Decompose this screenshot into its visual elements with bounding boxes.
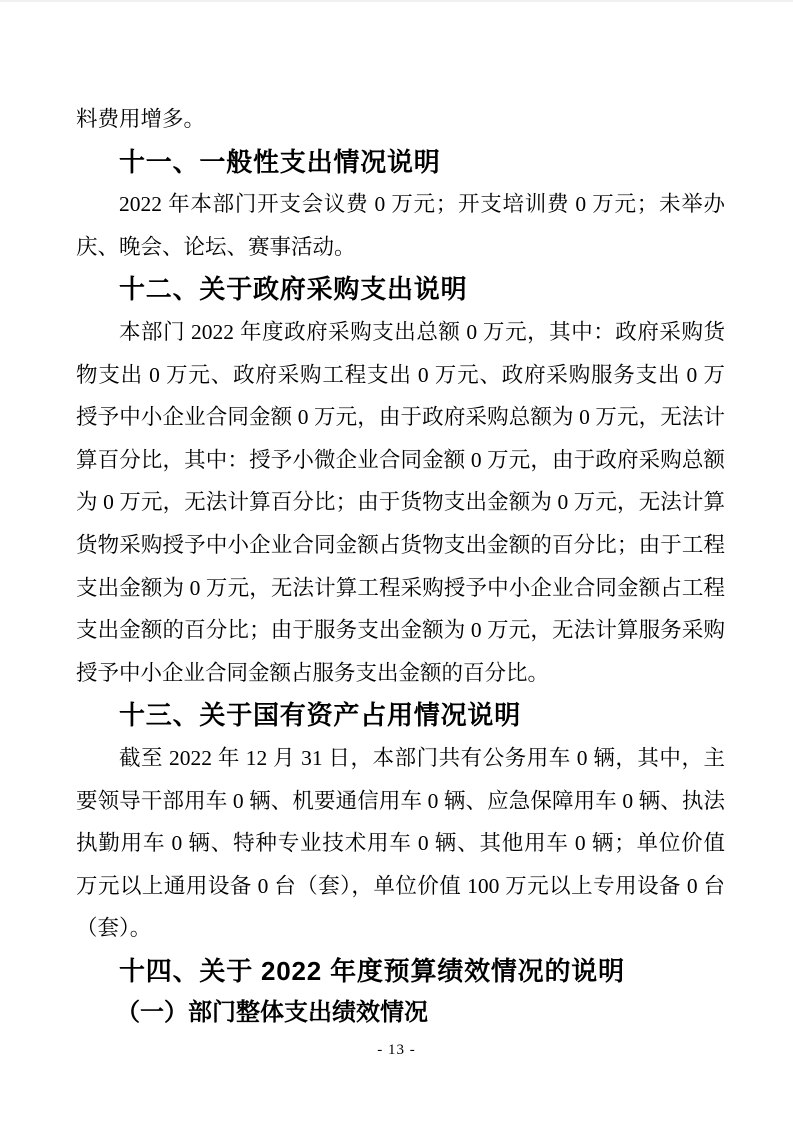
- heading-section-11: 十一、一般性支出情况说明: [76, 141, 725, 184]
- heading-section-12: 十二、关于政府采购支出说明: [76, 268, 725, 311]
- paragraph-line: 支出金额的百分比；由于服务支出金额为 0 万元，无法计算服务采购: [76, 609, 725, 652]
- paragraph-line: 支出金额为 0 万元，无法计算工程采购授予中小企业合同金额占工程: [76, 567, 725, 610]
- paragraph-line: 万元以上通用设备 0 台（套），单位价值 100 万元以上专用设备 0 台: [76, 865, 725, 908]
- paragraph-line: 授予中小企业合同金额 0 万元，由于政府采购总额为 0 万元，无法计: [76, 396, 725, 439]
- paragraph-line: 为 0 万元，无法计算百分比；由于货物支出金额为 0 万元，无法计算: [76, 481, 725, 524]
- paragraph-line: 2022 年本部门开支会议费 0 万元；开支培训费 0 万元；未举办节: [76, 183, 725, 226]
- paragraph-line: 物支出 0 万元、政府采购工程支出 0 万元、政府采购服务支出 0 万元。: [76, 354, 725, 397]
- page-number: - 13 -: [0, 1041, 793, 1059]
- paragraph-line: 算百分比，其中：授予小微企业合同金额 0 万元，由于政府采购总额: [76, 439, 725, 482]
- heading-section-14: 十四、关于 2022 年度预算绩效情况的说明: [76, 950, 725, 993]
- document-body: 料费用增多。 十一、一般性支出情况说明 2022 年本部门开支会议费 0 万元；…: [76, 98, 725, 1035]
- paragraph-line: （套）。: [76, 907, 725, 950]
- paragraph-line: 执勤用车 0 辆、特种专业技术用车 0 辆、其他用车 0 辆；单位价值 50: [76, 822, 725, 865]
- paragraph-line: 要领导干部用车 0 辆、机要通信用车 0 辆、应急保障用车 0 辆、执法: [76, 780, 725, 823]
- paragraph-line: 料费用增多。: [76, 98, 725, 141]
- paragraph-line: 庆、晚会、论坛、赛事活动。: [76, 226, 725, 269]
- heading-section-13: 十三、关于国有资产占用情况说明: [76, 694, 725, 737]
- paragraph-line: 本部门 2022 年度政府采购支出总额 0 万元，其中：政府采购货: [76, 311, 725, 354]
- paragraph-line: 授予中小企业合同金额占服务支出金额的百分比。: [76, 652, 725, 695]
- paragraph-line: 截至 2022 年 12 月 31 日，本部门共有公务用车 0 辆，其中，主: [76, 737, 725, 780]
- paragraph-line: 货物采购授予中小企业合同金额占货物支出金额的百分比；由于工程: [76, 524, 725, 567]
- subheading-overall-performance: （一）部门整体支出绩效情况: [76, 992, 725, 1035]
- document-page: 料费用增多。 十一、一般性支出情况说明 2022 年本部门开支会议费 0 万元；…: [0, 0, 793, 1122]
